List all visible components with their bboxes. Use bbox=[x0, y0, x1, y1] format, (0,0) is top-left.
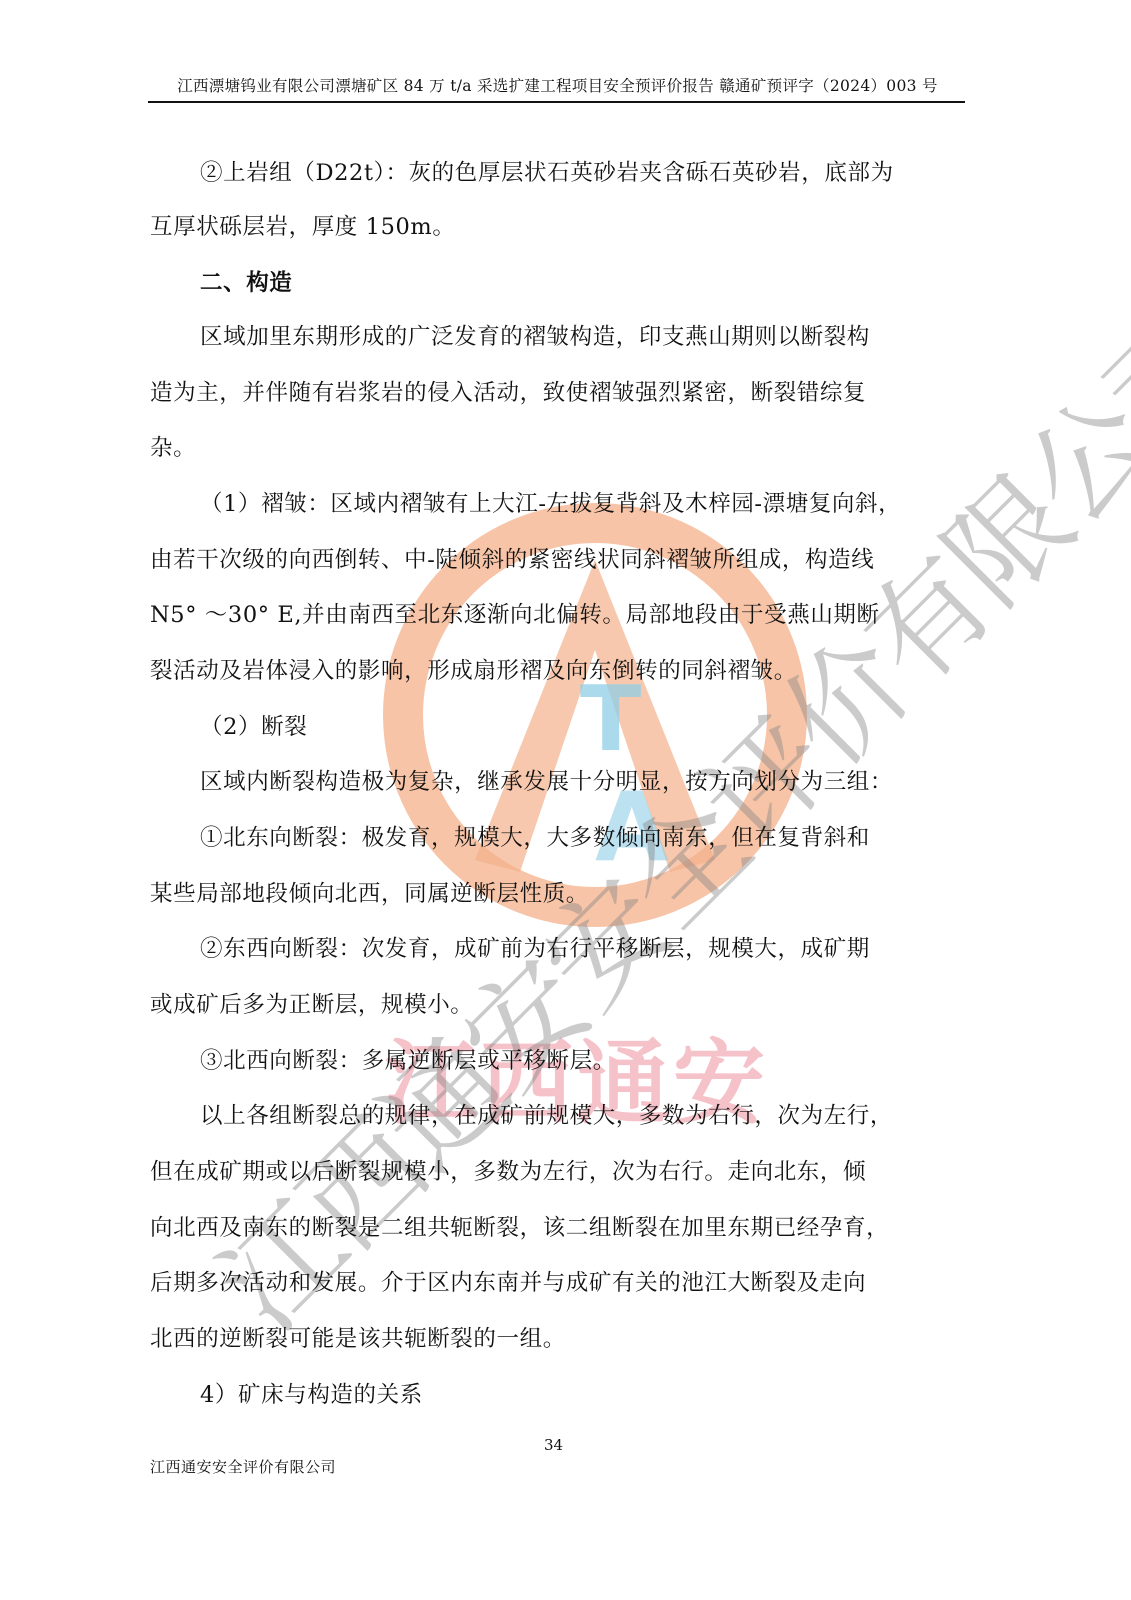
watermark-diagonal-text: 江西通安安全评价有限公司 bbox=[175, 273, 1131, 1361]
subsection-heading: 4）矿床与构造的关系 bbox=[200, 1380, 423, 1410]
paragraph-line: 后期多次活动和发展。介于区内东南并与成矿有关的池江大断裂及走向 bbox=[150, 1268, 866, 1298]
paragraph-line: 裂活动及岩体浸入的影响，形成扇形褶及向东倒转的同斜褶皱。 bbox=[150, 656, 797, 686]
paragraph-line: （1）褶皱：区域内褶皱有上大江-左拔复背斜及木梓园-漂塘复向斜， bbox=[200, 489, 901, 519]
paragraph-line: 以上各组断裂总的规律，在成矿前规模大，多数为右行，次为左行， bbox=[200, 1101, 893, 1131]
section-heading: 二、构造 bbox=[200, 268, 292, 298]
paragraph-line: 互厚状砾层岩，厚度 150m。 bbox=[150, 212, 455, 242]
paragraph-line: 由若干次级的向西倒转、中-陡倾斜的紧密线状同斜褶皱所组成，构造线 bbox=[150, 545, 874, 575]
paragraph-line: N5° ～30° E,并由南西至北东逐渐向北偏转。局部地段由于受燕山期断 bbox=[150, 600, 880, 630]
document-page: 江西漂塘钨业有限公司漂塘矿区 84 万 t/a 采选扩建工程项目安全预评价报告 … bbox=[0, 0, 1131, 1600]
footer-company: 江西通安安全评价有限公司 bbox=[150, 1456, 336, 1477]
header-divider bbox=[148, 101, 965, 103]
paragraph-line: ②上岩组（D22t）：灰的色厚层状石英砂岩夹含砾石英砂岩，底部为 bbox=[200, 158, 894, 188]
paragraph-line: 区域内断裂构造极为复杂，继承发展十分明显，按方向划分为三组： bbox=[200, 767, 893, 797]
paragraph-line: 造为主，并伴随有岩浆岩的侵入活动，致使褶皱强烈紧密，断裂错综复 bbox=[150, 378, 866, 408]
paragraph-line: 或成矿后多为正断层，规模小。 bbox=[150, 990, 473, 1020]
page-header: 江西漂塘钨业有限公司漂塘矿区 84 万 t/a 采选扩建工程项目安全预评价报告 … bbox=[150, 74, 965, 96]
paragraph-line: 向北西及南东的断裂是二组共轭断裂，该二组断裂在加里东期已经孕育， bbox=[150, 1213, 889, 1243]
paragraph-line: 杂。 bbox=[150, 433, 196, 463]
paragraph-line: 但在成矿期或以后断裂规模小，多数为左行，次为右行。走向北东，倾 bbox=[150, 1157, 866, 1187]
page-number: 34 bbox=[544, 1436, 563, 1454]
subsection-heading: （2）断裂 bbox=[200, 712, 307, 742]
paragraph-line: 北西的逆断裂可能是该共轭断裂的一组。 bbox=[150, 1324, 566, 1354]
paragraph-line: ①北东向断裂：极发育，规模大，大多数倾向南东，但在复背斜和 bbox=[200, 823, 870, 853]
paragraph-line: ③北西向断裂：多属逆断层或平移断层。 bbox=[200, 1046, 616, 1076]
paragraph-line: ②东西向断裂：次发育，成矿前为右行平移断层，规模大，成矿期 bbox=[200, 934, 870, 964]
paragraph-line: 区域加里东期形成的广泛发育的褶皱构造，印支燕山期则以断裂构 bbox=[200, 322, 870, 352]
paragraph-line: 某些局部地段倾向北西，同属逆断层性质。 bbox=[150, 879, 589, 909]
